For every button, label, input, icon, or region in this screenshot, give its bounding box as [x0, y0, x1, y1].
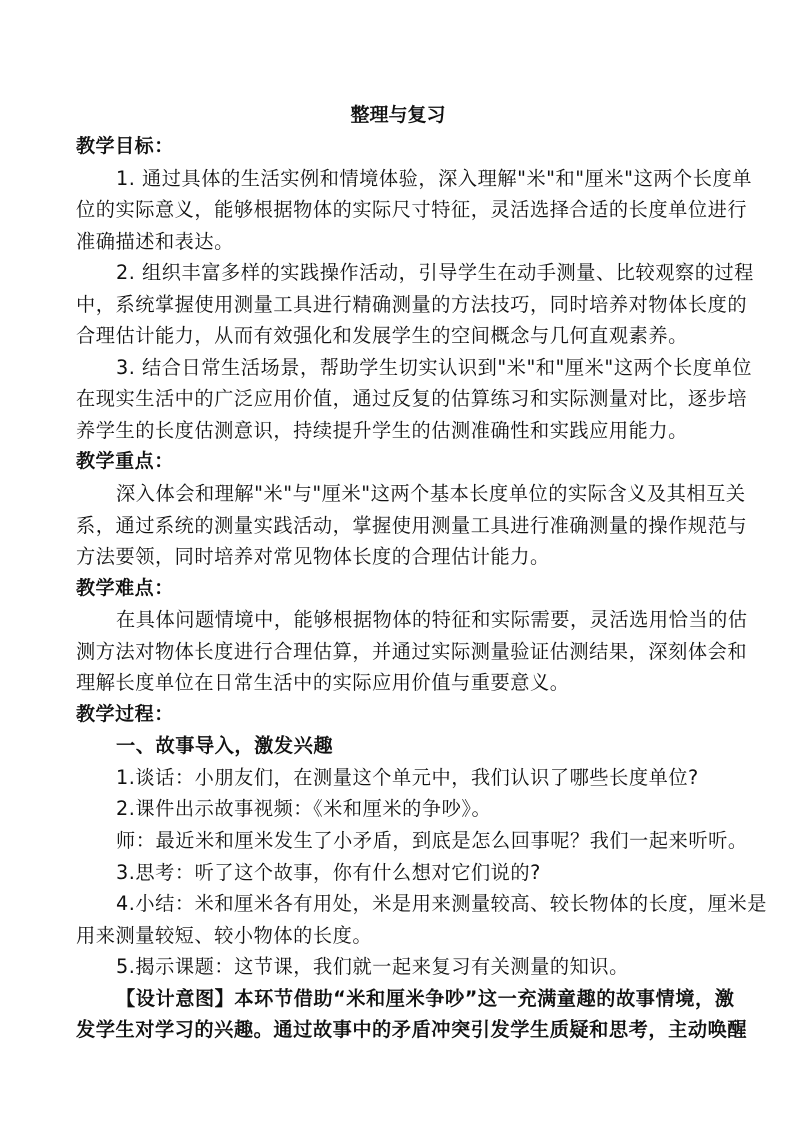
design-intent-paragraph: 【设计意图】本环节借助“米和厘米争吵”这一充满童趣的故事情境，激 发学生对学习的…	[76, 983, 720, 1046]
process-teacher-line: 师：最近米和厘米发生了小矛盾，到底是怎么回事呢？我们一起来听听。	[76, 825, 720, 857]
paragraph-line: 【设计意图】本环节借助“米和厘米争吵”这一充满童趣的故事情境，激	[76, 983, 720, 1015]
difficulties-paragraph: 在具体问题情境中，能够根据物体的特征和实际需要，灵活选用恰当的估 测方法对物体长…	[76, 604, 720, 699]
paragraph-line: 用来测量较短、较小物体的长度。	[76, 920, 720, 952]
objective-item-2: 2. 组织丰富多样的实践操作活动，引导学生在动手测量、比较观察的过程 中，系统掌…	[76, 257, 720, 352]
paragraph-line: 4.小结：米和厘米各有用处，米是用来测量较高、较长物体的长度，厘米是	[76, 888, 720, 920]
key-points-heading: 教学重点：	[76, 446, 720, 478]
process-step-2: 2.课件出示故事视频：《米和厘米的争吵》。	[76, 793, 720, 825]
process-heading: 教学过程：	[76, 699, 720, 731]
paragraph-line: 准确描述和表达。	[76, 226, 720, 258]
paragraph-line: 测方法对物体长度进行合理估算，并通过实际测量验证估测结果，深刻体会和	[76, 636, 720, 668]
paragraph-line: 系，通过系统的测量实践活动，掌握使用测量工具进行准确测量的操作规范与	[76, 510, 720, 542]
paragraph-line: 在具体问题情境中，能够根据物体的特征和实际需要，灵活选用恰当的估	[76, 604, 720, 636]
paragraph-line: 位的实际意义，能够根据物体的实际尺寸特征，灵活选择合适的长度单位进行	[76, 194, 720, 226]
difficulties-heading: 教学难点：	[76, 573, 720, 605]
paragraph-line: 3. 结合日常生活场景，帮助学生切实认识到"米"和"厘米"这两个长度单位	[76, 352, 720, 384]
part1-heading: 一、故事导入，激发兴趣	[76, 730, 720, 762]
paragraph-line: 深入体会和理解"米"与"厘米"这两个基本长度单位的实际含义及其相互关	[76, 478, 720, 510]
key-points-paragraph: 深入体会和理解"米"与"厘米"这两个基本长度单位的实际含义及其相互关 系，通过系…	[76, 478, 720, 573]
paragraph-line: 发学生对学习的兴趣。通过故事中的矛盾冲突引发学生质疑和思考，主动唤醒	[76, 1014, 720, 1046]
paragraph-line: 中，系统掌握使用测量工具进行精确测量的方法技巧，同时培养对物体长度的	[76, 289, 720, 321]
paragraph-line: 合理估计能力，从而有效强化和发展学生的空间概念与几何直观素养。	[76, 320, 720, 352]
paragraph-line: 2. 组织丰富多样的实践操作活动，引导学生在动手测量、比较观察的过程	[76, 257, 720, 289]
paragraph-line: 在现实生活中的广泛应用价值，通过反复的估算练习和实际测量对比，逐步培	[76, 383, 720, 415]
paragraph-line: 方法要领，同时培养对常见物体长度的合理估计能力。	[76, 541, 720, 573]
paragraph-line: 1. 通过具体的生活实例和情境体验，深入理解"米"和"厘米"这两个长度单	[76, 163, 720, 195]
objectives-heading: 教学目标：	[76, 131, 720, 163]
paragraph-line: 理解长度单位在日常生活中的实际应用价值与重要意义。	[76, 667, 720, 699]
process-step-1: 1.谈话：小朋友们，在测量这个单元中，我们认识了哪些长度单位?	[76, 762, 720, 794]
process-step-3: 3.思考：听了这个故事，你有什么想对它们说的?	[76, 857, 720, 889]
paragraph-line: 养学生的长度估测意识，持续提升学生的估测准确性和实践应用能力。	[76, 415, 720, 447]
process-step-4: 4.小结：米和厘米各有用处，米是用来测量较高、较长物体的长度，厘米是 用来测量较…	[76, 888, 720, 951]
objective-item-1: 1. 通过具体的生活实例和情境体验，深入理解"米"和"厘米"这两个长度单 位的实…	[76, 163, 720, 258]
process-step-5: 5.揭示课题：这节课，我们就一起来复习有关测量的知识。	[76, 951, 720, 983]
document-title: 整理与复习	[76, 99, 720, 131]
document-page: 整理与复习 教学目标： 1. 通过具体的生活实例和情境体验，深入理解"米"和"厘…	[76, 99, 720, 1046]
objective-item-3: 3. 结合日常生活场景，帮助学生切实认识到"米"和"厘米"这两个长度单位 在现实…	[76, 352, 720, 447]
